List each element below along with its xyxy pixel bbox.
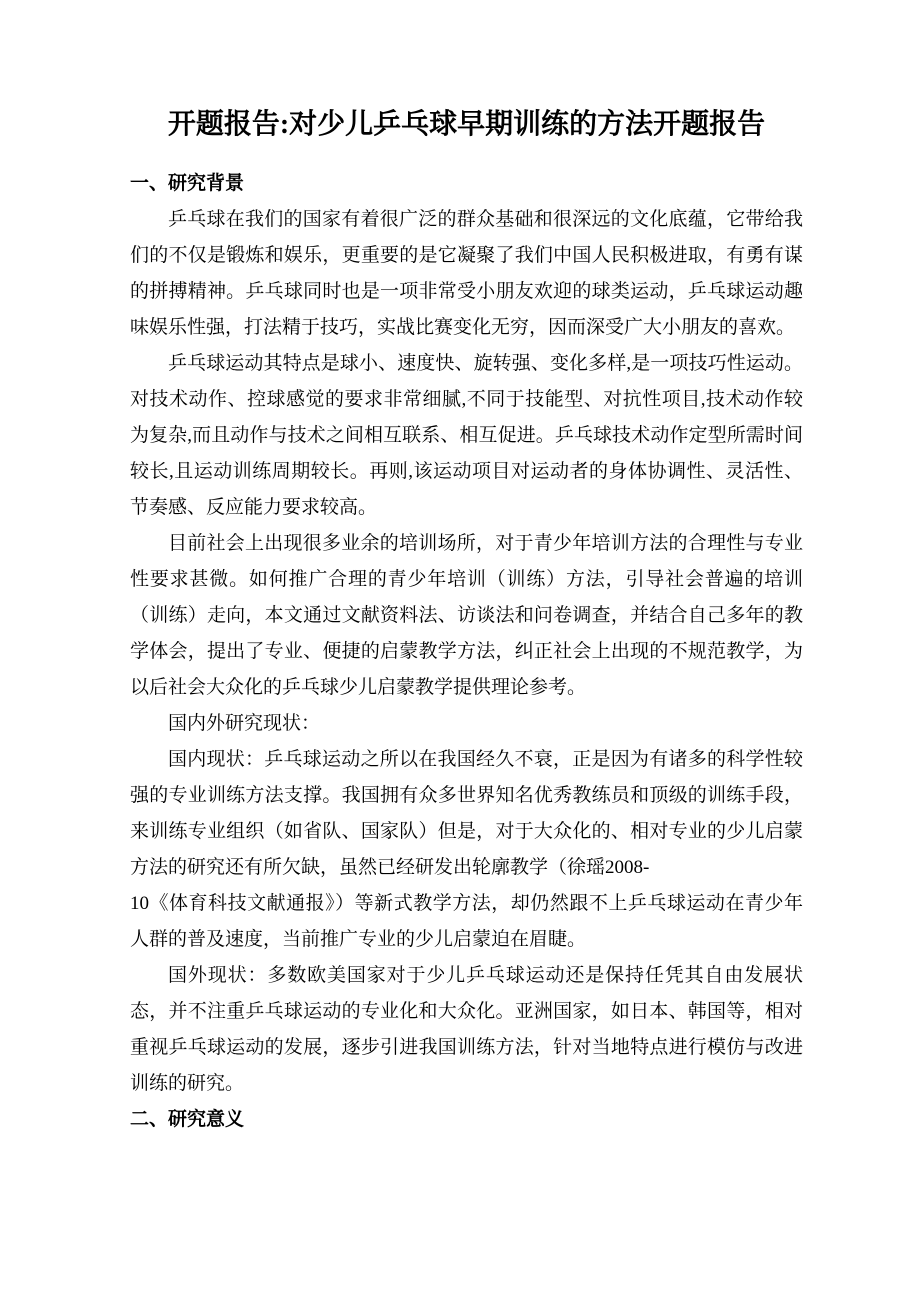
document-title: 开题报告:对少儿乒乓球早期训练的方法开题报告 bbox=[130, 104, 803, 146]
paragraph-research-status-label: 国内外研究现状： bbox=[130, 706, 803, 742]
section-heading-research-significance: 二、研究意义 bbox=[130, 1102, 803, 1138]
paragraph: 乒乓球在我们的国家有着很广泛的群众基础和很深远的文化底蕴，它带给我们的不仅是锻炼… bbox=[130, 202, 803, 346]
paragraph-domestic-status: 国内现状：乒乓球运动之所以在我国经久不衰，正是因为有诸多的科学性较强的专业训练方… bbox=[130, 742, 803, 886]
document-page: 开题报告:对少儿乒乓球早期训练的方法开题报告 一、研究背景 乒乓球在我们的国家有… bbox=[0, 0, 920, 1302]
paragraph: 乒乓球运动其特点是球小、速度快、旋转强、变化多样,是一项技巧性运动。对技术动作、… bbox=[130, 346, 803, 526]
section-heading-research-background: 一、研究背景 bbox=[130, 166, 803, 202]
paragraph-domestic-status-continued: 10《体育科技文献通报》）等新式教学方法，却仍然跟不上乒乓球运动在青少年人群的普… bbox=[130, 886, 803, 958]
paragraph-foreign-status: 国外现状：多数欧美国家对于少儿乒乓球运动还是保持任凭其自由发展状态，并不注重乒乓… bbox=[130, 958, 803, 1102]
paragraph: 目前社会上出现很多业余的培训场所，对于青少年培训方法的合理性与专业性要求甚微。如… bbox=[130, 526, 803, 706]
